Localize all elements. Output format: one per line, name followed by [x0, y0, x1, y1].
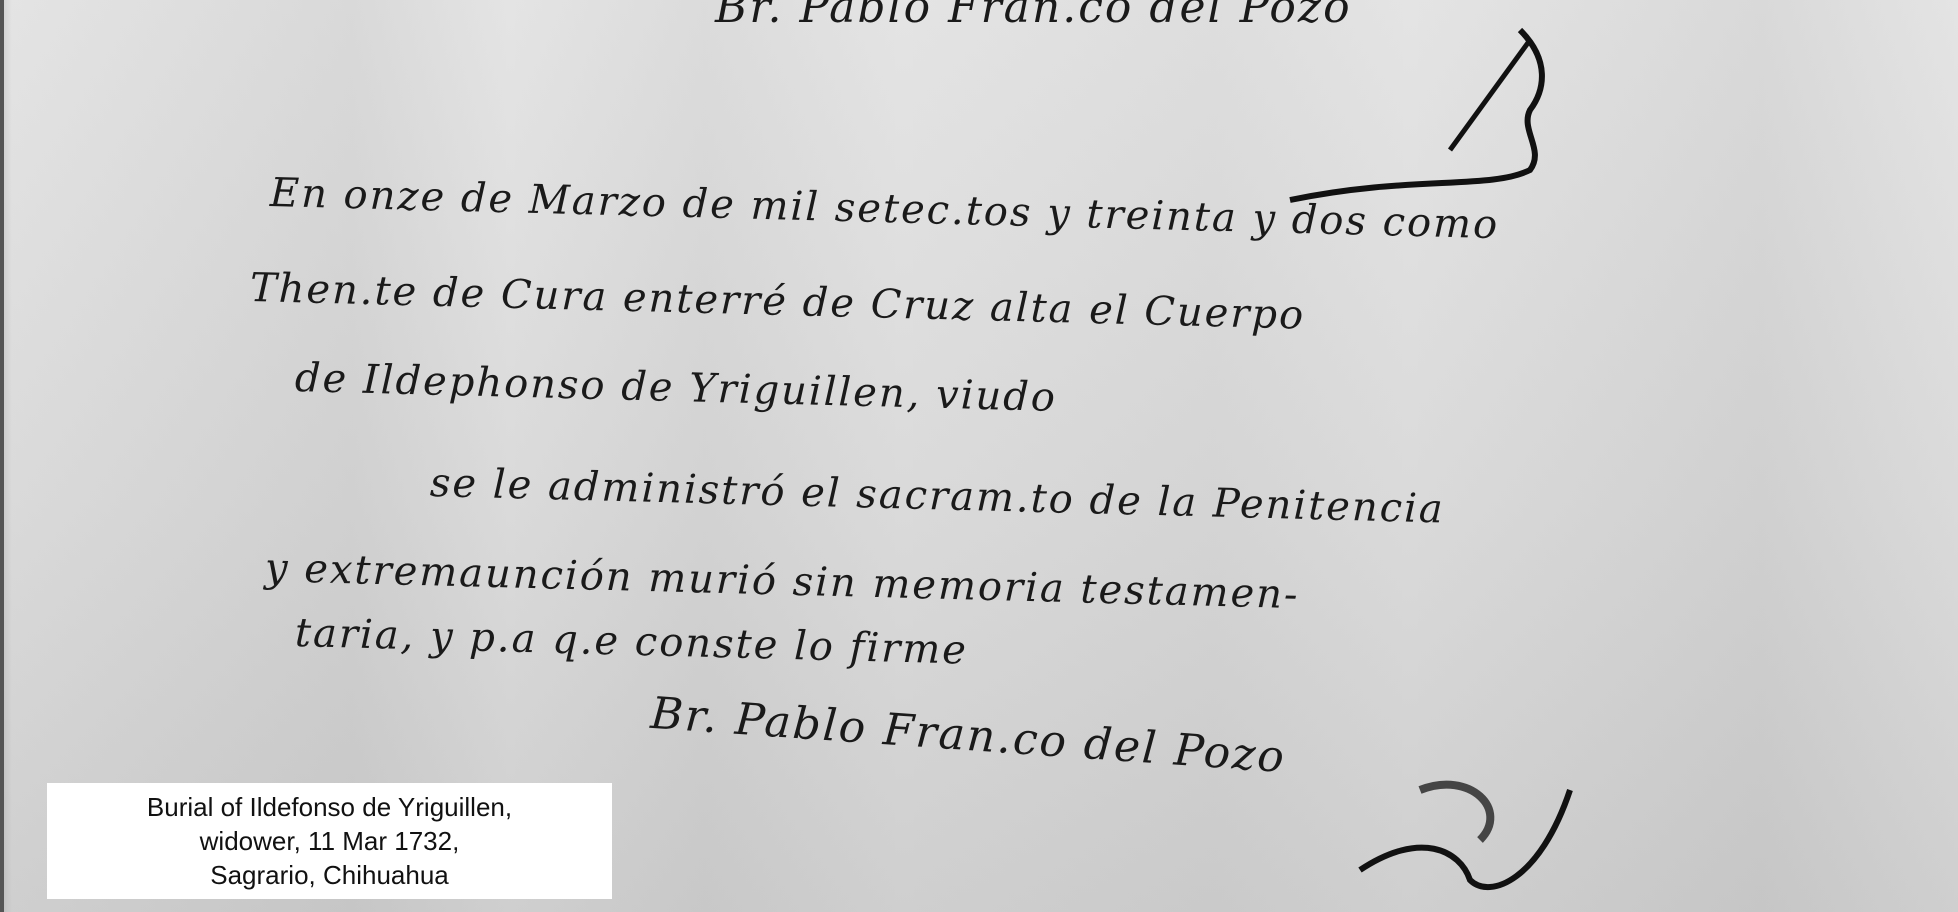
record-line-6: taria, y p.a q.e conste lo firme [294, 610, 968, 674]
caption-line-3: Sagrario, Chihuahua [210, 858, 449, 892]
record-line-3: de Ildephonso de Yriguillen, viudo [294, 355, 1057, 421]
caption-box: Burial of Ildefonso de Yriguillen, widow… [47, 783, 612, 899]
bottom-signature-flourish [1340, 730, 1600, 910]
top-signature-flourish [1150, 0, 1600, 210]
caption-line-2: widower, 11 Mar 1732, [200, 824, 460, 858]
caption-line-1: Burial of Ildefonso de Yriguillen, [147, 790, 512, 824]
record-line-4: se le administró el sacram.to de la Peni… [429, 460, 1445, 533]
record-line-5: y extremaunción murió sin memoria testam… [264, 545, 1300, 618]
page-edge [0, 0, 4, 912]
scanned-document-page: Br. Pablo Fran.co del Pozo En onze de Ma… [0, 0, 1958, 912]
record-line-2: Then.te de Cura enterré de Cruz alta el … [249, 265, 1305, 339]
bottom-signature: Br. Pablo Fran.co del Pozo [649, 688, 1288, 783]
